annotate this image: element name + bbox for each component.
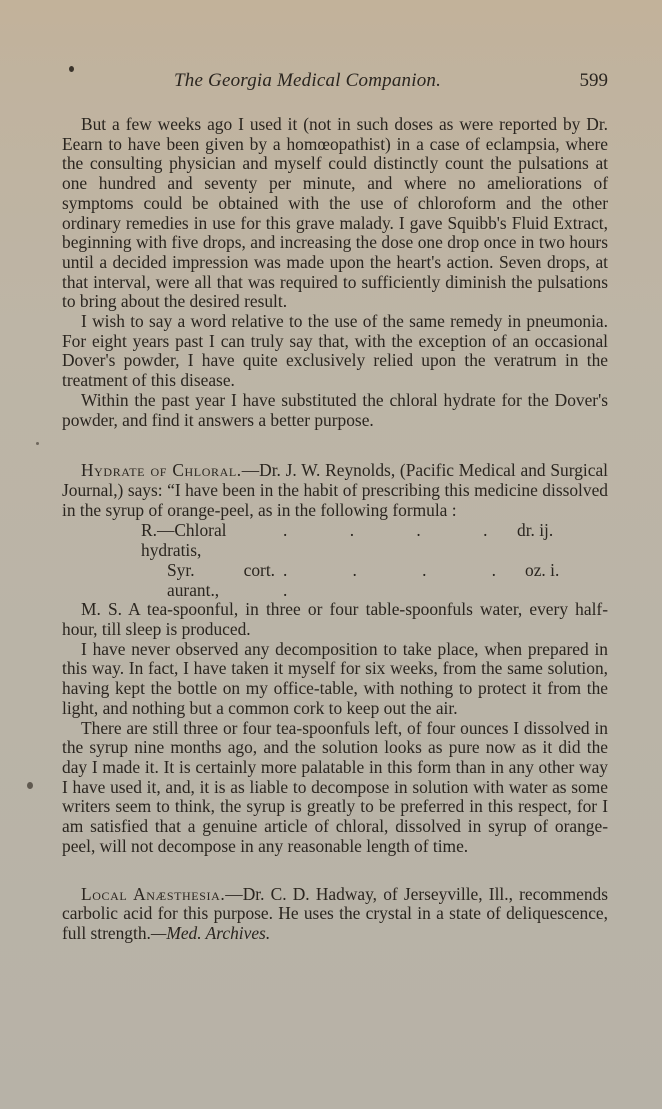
journal-title: The Georgia Medical Companion. <box>174 70 441 92</box>
formula-line: Syr. cort. aurant., . . . . . oz. i. <box>62 560 608 600</box>
page-number: 599 <box>580 70 609 92</box>
document-page: The Georgia Medical Companion. 599 But a… <box>62 64 608 944</box>
section-heading: Hydrate of Chloral. <box>81 460 242 480</box>
paragraph-chloral-substitute: Within the past year I have substituted … <box>62 391 608 430</box>
formula-line: R.—Chloral hydratis, . . . . dr. ij. <box>62 520 608 560</box>
formula-amount: oz. i. <box>525 560 585 600</box>
citation-source: —Med. Archives. <box>151 923 270 943</box>
paragraph-pneumonia: I wish to say a word relative to the use… <box>62 312 608 391</box>
section-local-anaesthesia: Local Anæsthesia.—Dr. C. D. Hadway, of J… <box>62 885 608 944</box>
formula-amount: dr. ij. <box>517 520 577 560</box>
paragraph-eclampsia: But a few weeks ago I used it (not in su… <box>62 115 608 312</box>
formula-ingredient: R.—Chloral hydratis, <box>141 520 275 560</box>
ink-speck <box>36 442 39 445</box>
paragraph-no-decomposition: I have never observed any decomposition … <box>62 640 608 719</box>
ink-speck <box>27 782 33 789</box>
article-body: But a few weeks ago I used it (not in su… <box>62 115 608 944</box>
formula-ingredient: Syr. cort. aurant., <box>167 560 275 600</box>
section-spacer <box>62 857 608 885</box>
running-header: The Georgia Medical Companion. 599 <box>62 64 608 92</box>
section-heading: Local Anæsthesia. <box>81 884 225 904</box>
paragraph-directions: M. S. A tea-spoonful, in three or four t… <box>62 600 608 639</box>
formula-leader: . . . . <box>275 520 517 560</box>
paragraph-palatability: There are still three or four tea-spoonf… <box>62 719 608 857</box>
formula-leader: . . . . . <box>275 560 525 600</box>
section-hydrate-of-chloral: Hydrate of Chloral.—Dr. J. W. Reynolds, … <box>62 461 608 520</box>
section-spacer <box>62 430 608 461</box>
